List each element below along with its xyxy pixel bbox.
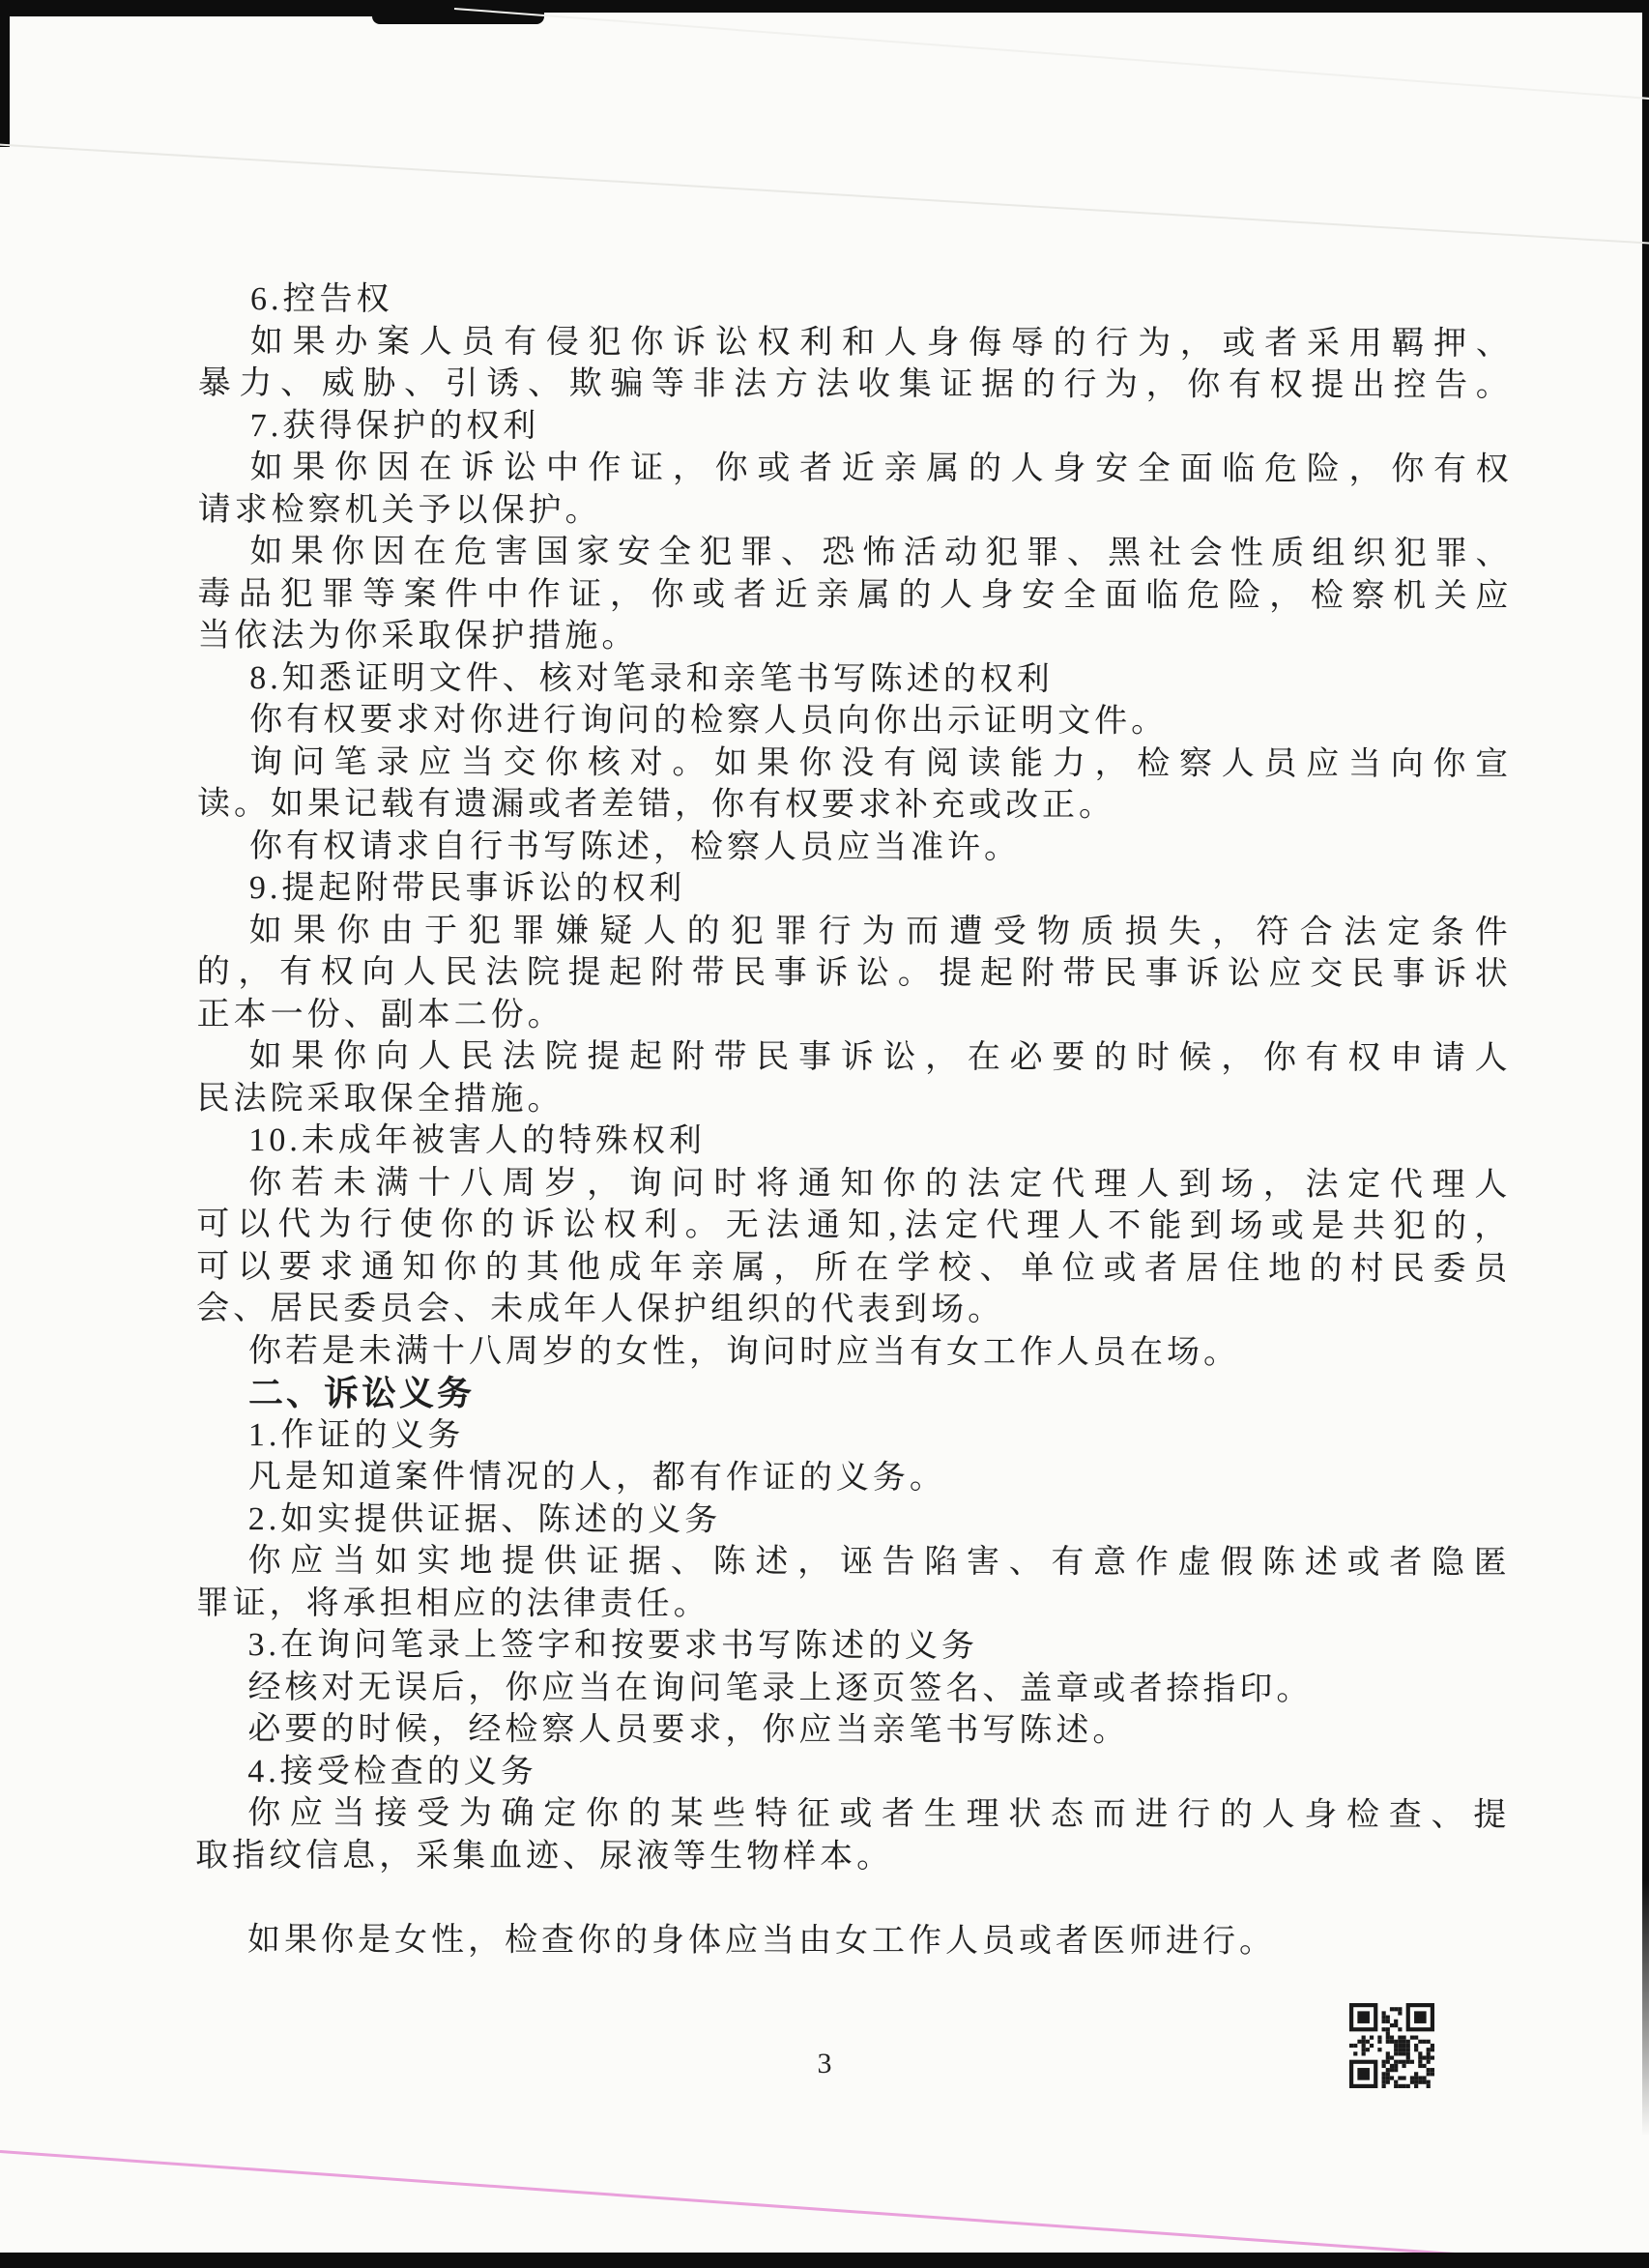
text-line: 你应当如实地提供证据、陈述，诬告陷害、有意作虚假陈述或者隐匿 <box>196 1540 1511 1585</box>
text-line: 如果你因在诉讼中作证，你或者近亲属的人身安全面临危险，你有权 <box>198 447 1513 491</box>
text-line: 正本一份、副本二份。 <box>197 993 1512 1037</box>
text-line: 你若未满十八周岁，询问时将通知你的法定代理人到场，法定代理人 <box>196 1161 1511 1206</box>
scan-crease-line-upper <box>454 8 1649 111</box>
text-line: 1.作证的义务 <box>196 1413 1511 1458</box>
scan-artifact-bottom-bar <box>0 2253 1649 2268</box>
text-line: 会、居民委员会、未成年人保护组织的代表到场。 <box>196 1288 1511 1332</box>
text-line: 如果办案人员有侵犯你诉讼权利和人身侮辱的行为，或者采用羁押、 <box>198 320 1513 364</box>
text-line: 3.在询问笔录上签字和按要求书写陈述的义务 <box>195 1624 1510 1669</box>
text-line: 9.提起附带民事诉讼的权利 <box>197 867 1512 912</box>
text-line: 你有权请求自行书写陈述，检察人员应当准许。 <box>197 825 1512 869</box>
text-line: 8.知悉证明文件、核对笔录和亲笔书写陈述的权利 <box>197 656 1512 701</box>
scan-crease-line <box>0 143 1649 254</box>
text-line: 可以代为行使你的诉讼权利。无法通知,法定代理人不能到场或是共犯的， <box>196 1204 1511 1248</box>
text-line: 如果你由于犯罪嫌疑人的犯罪行为而遭受物质损失，符合法定条件 <box>197 909 1512 953</box>
scan-artifact-left-strip <box>0 0 10 147</box>
text-line: 罪证，将承担相应的法律责任。 <box>196 1582 1511 1626</box>
text-line: 如果你因在危害国家安全犯罪、恐怖活动犯罪、黑社会性质组织犯罪、 <box>197 531 1512 575</box>
text-line: 4.接受检查的义务 <box>195 1750 1510 1794</box>
scanner-pink-streak <box>0 2150 1499 2258</box>
text-line: 如果你向人民法院提起附带民事诉讼，在必要的时候，你有权申请人 <box>197 1035 1512 1080</box>
text-line: 你若是未满十八周岁的女性，询问时应当有女工作人员在场。 <box>196 1329 1511 1374</box>
scan-artifact-top-left-bar <box>0 0 416 16</box>
text-line: 7.获得保护的权利 <box>198 404 1513 449</box>
scan-artifact-right-strip <box>1642 0 1649 2137</box>
text-line: 10.未成年被害人的特殊权利 <box>196 1119 1511 1164</box>
text-line: 询问笔录应当交你核对。如果你没有阅读能力，检察人员应当向你宣 <box>197 741 1512 785</box>
text-line: 你应当接受为确定你的某些特征或者生理状态而进行的人身检查、提 <box>195 1792 1510 1837</box>
text-line: 当依法为你采取保护措施。 <box>197 615 1512 659</box>
text-line: 你有权要求对你进行询问的检察人员向你出示证明文件。 <box>197 699 1512 743</box>
text-line: 可以要求通知你的其他成年亲属，所在学校、单位或者居住地的村民委员 <box>196 1245 1511 1290</box>
text-line: 民法院采取保全措施。 <box>196 1077 1511 1121</box>
text-line: 的，有权向人民法院提起附带民事诉讼。提起附带民事诉讼应交民事诉状 <box>197 951 1512 996</box>
text-line: 6.控告权 <box>198 278 1513 323</box>
text-line: 2.如实提供证据、陈述的义务 <box>196 1497 1511 1542</box>
text-line: 经核对无误后，你应当在询问笔录上逐页签名、盖章或者捺指印。 <box>195 1666 1510 1710</box>
text-line: 毒品犯罪等案件中作证，你或者近亲属的人身安全面临危险，检察机关应 <box>197 572 1512 617</box>
text-line: 读。如果记载有遗漏或者差错，你有权要求补充或改正。 <box>197 783 1512 828</box>
text-line: 如果你是女性，检查你的身体应当由女工作人员或者医师进行。 <box>195 1919 1510 1963</box>
text-line: 二、诉讼义务 <box>196 1372 1511 1416</box>
text-line: 取指纹信息，采集血迹、尿液等生物样本。 <box>195 1834 1510 1878</box>
text-line: 暴力、威胁、引诱、欺骗等非法方法收集证据的行为，你有权提出控告。 <box>198 363 1513 407</box>
text-line: 请求检察机关予以保护。 <box>198 488 1513 533</box>
text-line: 凡是知道案件情况的人，都有作证的义务。 <box>196 1456 1511 1500</box>
document-text-block: 6.控告权如果办案人员有侵犯你诉讼权利和人身侮辱的行为，或者采用羁押、暴力、威胁… <box>195 278 1513 1963</box>
text-line: 必要的时候，经检察人员要求，你应当亲笔书写陈述。 <box>195 1708 1510 1753</box>
qr-code-icon <box>1349 2003 1434 2088</box>
